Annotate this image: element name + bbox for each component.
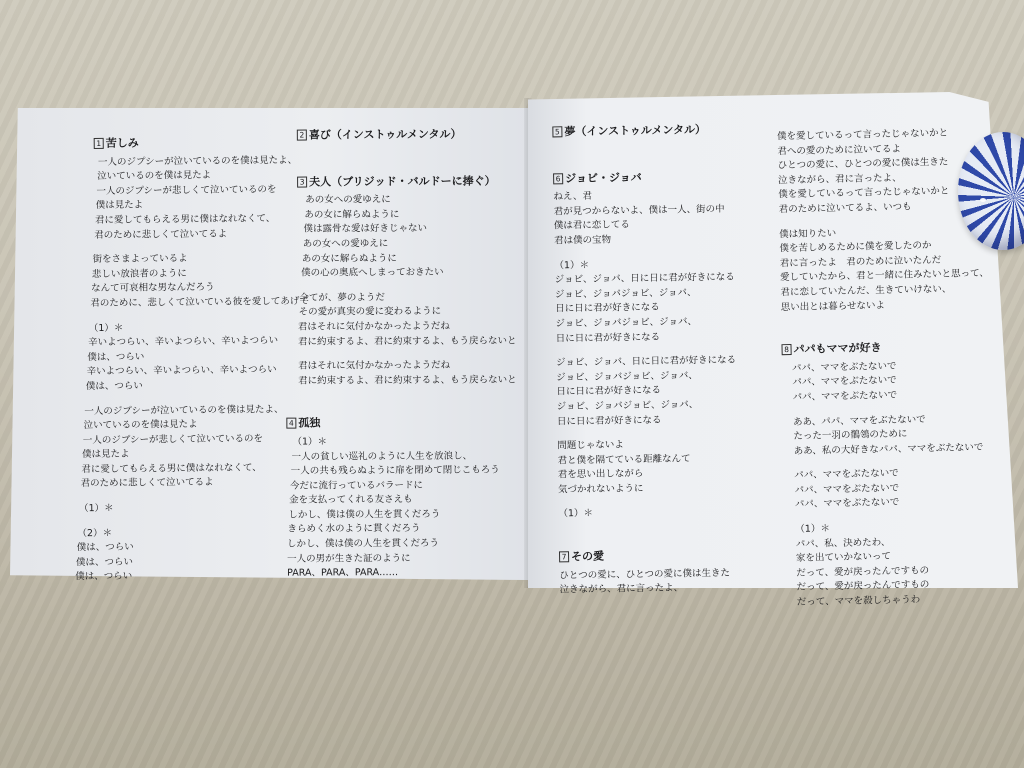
- song-6-lyrics: ねえ、君君が見つからないよ、僕は一人、街の中僕は君に恋してる君は僕の宝物（1）＊…: [553, 188, 738, 523]
- song-4-lyrics: （1）＊一人の貧しい巡礼のように人生を放浪し、一人の共も残らぬように扉を閉めて閉…: [286, 434, 517, 581]
- lyric-line: 一人の貧しい巡礼のように人生を放浪し、: [292, 449, 517, 465]
- song-title-6: 6ジョビ・ジョバ: [553, 169, 733, 186]
- lyric-line: 一人のジプシーが泣いているのを僕は見たよ、: [84, 402, 310, 419]
- song-title-2: 2喜び（インストゥルメンタル）: [297, 127, 516, 143]
- lyric-line: きらめく水のように貫くだろう: [287, 522, 517, 538]
- lyric-line: 君のために、悲しくて泣いている彼を愛してあげて: [90, 295, 309, 312]
- track-number-5: 5: [552, 126, 562, 137]
- left-page-column-1: 1苦しみ 一人のジプシーが泣いているのを僕は見たよ、泣いているのを僕は見たよ一人…: [68, 135, 312, 586]
- lyric-line: PARA、PARA、PARA……: [287, 566, 518, 582]
- track-number-4: 4: [286, 418, 296, 429]
- right-page-column-1: 5夢（インストゥルメンタル） 6ジョビ・ジョバ ねえ、君君が見つからないよ、僕は…: [552, 123, 739, 599]
- lyric-line: （1）＊: [292, 434, 517, 450]
- lyric-line: あの女に解らぬように: [302, 251, 516, 267]
- lyric-line: あの女への愛ゆえに: [305, 193, 516, 209]
- lyric-line: あの女に解らぬように: [304, 207, 515, 223]
- song-title-1: 1苦しみ: [94, 135, 308, 152]
- lyric-line: 辛いよつらい、辛いよつらい、辛いよつらい: [88, 334, 309, 351]
- song-7-lyrics: ひとつの愛に、ひとつの愛に僕は生きた泣きながら、君に言ったよ、: [559, 566, 739, 598]
- lyric-line: 一人の共も残らぬように扉を閉めて閉じこもろう: [291, 464, 517, 480]
- lyric-line: 君に約束するよ、君に約束するよ、もう戻らないと: [298, 334, 517, 350]
- lyric-line: しかし、僕は僕の人生を貫くだろう: [288, 507, 517, 523]
- song-1-lyrics: 一人のジプシーが泣いているのを僕は見たよ、泣いているのを僕は見たよ一人のジプシー…: [68, 153, 312, 585]
- track-number-6: 6: [553, 173, 563, 184]
- track-number-7: 7: [559, 551, 569, 562]
- song-title-3: 3夫人（ブリジッド・バルドーに捧ぐ）: [297, 174, 516, 190]
- lyric-line: 一人のジプシーが悲しくて泣いているのを: [96, 183, 307, 200]
- lyric-line: 一人の男が生きた証のように: [287, 551, 518, 567]
- lyric-line: 全てが、夢のようだ: [299, 290, 516, 306]
- song-title-8: 8パパもママが好き: [781, 339, 990, 358]
- lyric-line: 君はそれに気付かなかったようだね: [298, 319, 517, 335]
- lyric-line: しかし、僕は僕の人生を貫くだろう: [287, 536, 518, 552]
- lyric-line: 僕は、つらい: [75, 568, 312, 585]
- lyric-line: 君はそれに気付かなかったようだね: [298, 359, 517, 375]
- song-title-5: 5夢（インストゥルメンタル）: [552, 123, 732, 140]
- lyric-line: 僕は露骨な愛は好きじゃない: [303, 222, 515, 238]
- lyric-line: あの女への愛ゆえに: [303, 236, 516, 252]
- track-number-1: 1: [94, 138, 104, 149]
- lyric-line: ジョビ、ジョバ、日に日に君が好きになる: [556, 354, 736, 371]
- lyric-line: ジョビ、ジョバ、日に日に君が好きになる: [555, 271, 735, 288]
- track-number-3: 3: [297, 176, 307, 187]
- track-number-8: 8: [781, 344, 791, 355]
- song-7-lyrics-continued: 僕を愛しているって言ったじゃないかと君への愛のために泣いてるよひとつの愛に、ひと…: [777, 126, 990, 315]
- lyric-line: 一人のジプシーが泣いているのを僕は見たよ、: [98, 153, 308, 170]
- lyric-line: 今だに流行っているバラードに: [290, 478, 517, 494]
- lyric-line: 泣きながら、君に言ったよ、: [559, 581, 739, 598]
- lyric-line: 君に約束するよ、君に約束するよ、もう戻らないと: [298, 373, 517, 389]
- lyric-line: その愛が真実の愛に変わるように: [299, 305, 517, 321]
- lyric-line: 金を支払ってくれる友さえも: [289, 493, 517, 509]
- song-8-lyrics: パパ、ママをぶたないでパパ、ママをぶたないでパパ、ママをぶたないでああ、パパ、マ…: [792, 358, 996, 611]
- song-title-4: 4孤独: [286, 416, 517, 432]
- track-number-2: 2: [297, 130, 307, 141]
- left-page-column-2: 2喜び（インストゥルメンタル） 3夫人（ブリジッド・バルドーに捧ぐ） あの女への…: [297, 127, 518, 581]
- song-title-7: 7その愛: [559, 548, 739, 565]
- song-3-lyrics: あの女への愛ゆえにあの女に解らぬように僕は露骨な愛は好きじゃないあの女への愛ゆえ…: [297, 193, 517, 389]
- lyric-line: 辛いよつらい、辛いよつらい、辛いよつらい: [87, 363, 310, 380]
- lyric-line: 僕の心の奥底へしまっておきたい: [301, 266, 516, 282]
